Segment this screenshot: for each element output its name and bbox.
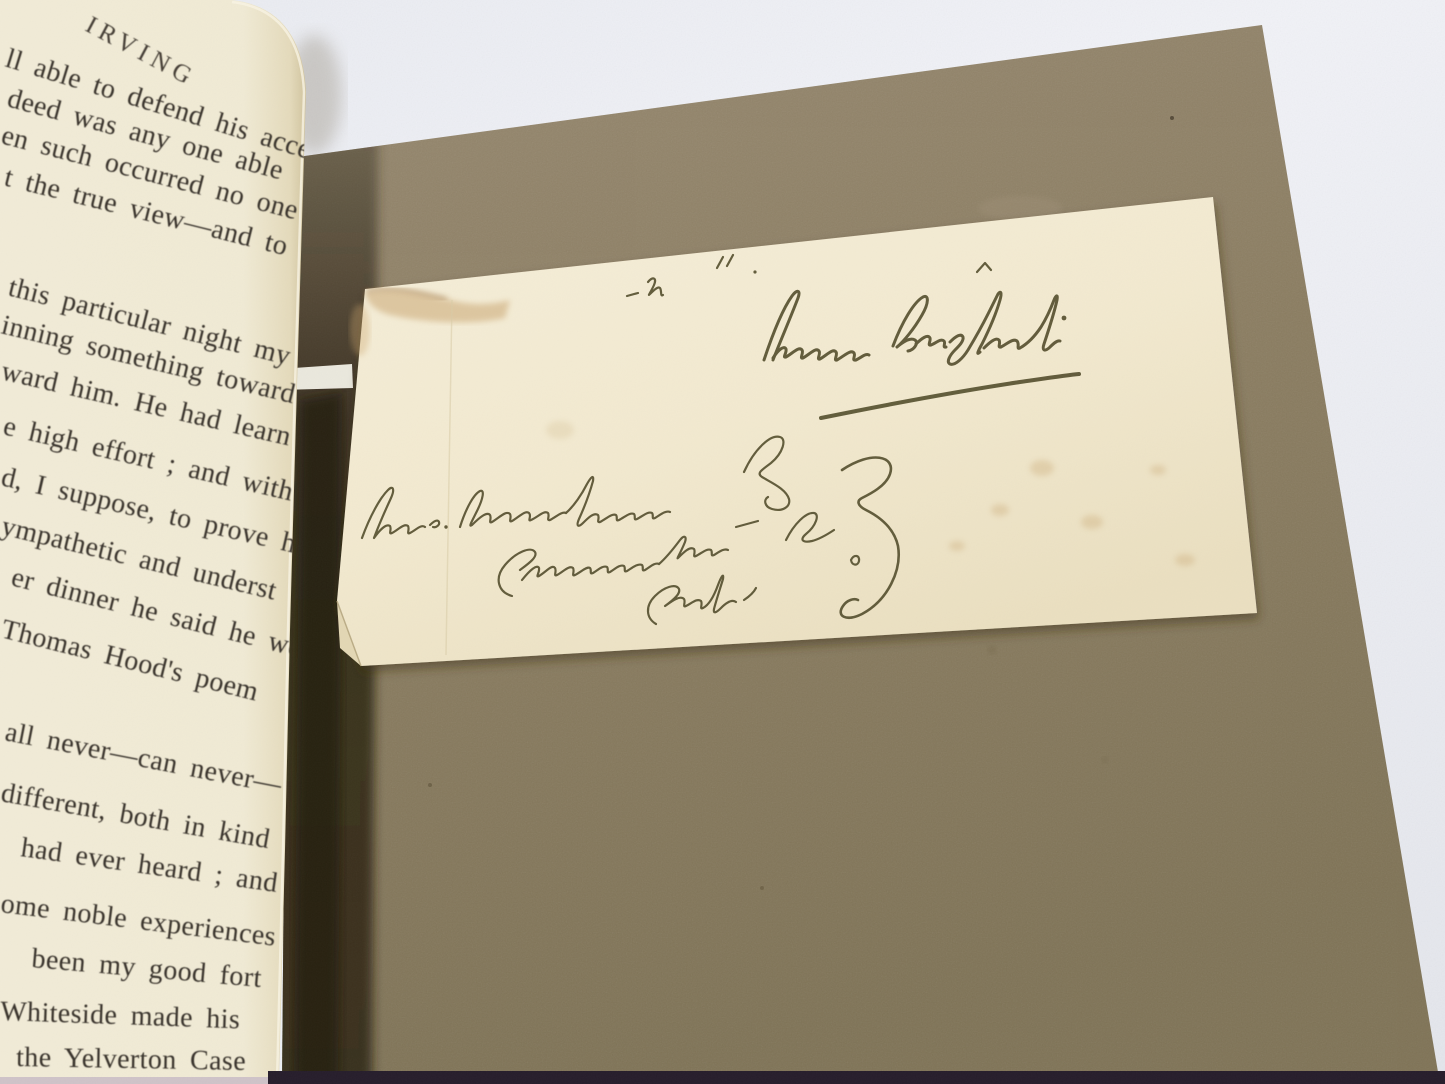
leaf-speck bbox=[428, 783, 432, 787]
photo-scene: IRVING ll able to defend his acce deed w… bbox=[0, 0, 1445, 1084]
slip-stain bbox=[350, 304, 370, 356]
gutter-shadow-core bbox=[294, 392, 342, 1084]
leaf-speck bbox=[1170, 116, 1174, 120]
leaf-speck bbox=[760, 886, 764, 890]
photo-stage: IRVING ll able to defend his acce deed w… bbox=[0, 0, 1445, 1084]
page-text-line: the Yelverton Case bbox=[16, 1042, 246, 1077]
leaf-speck bbox=[1102, 757, 1108, 763]
leaf-speck bbox=[988, 646, 997, 655]
book-left-page: IRVING ll able to defend his acce deed w… bbox=[0, 0, 321, 1084]
bottom-photo-edge-light bbox=[0, 1077, 268, 1084]
bottom-photo-edge-dark bbox=[268, 1071, 1445, 1084]
